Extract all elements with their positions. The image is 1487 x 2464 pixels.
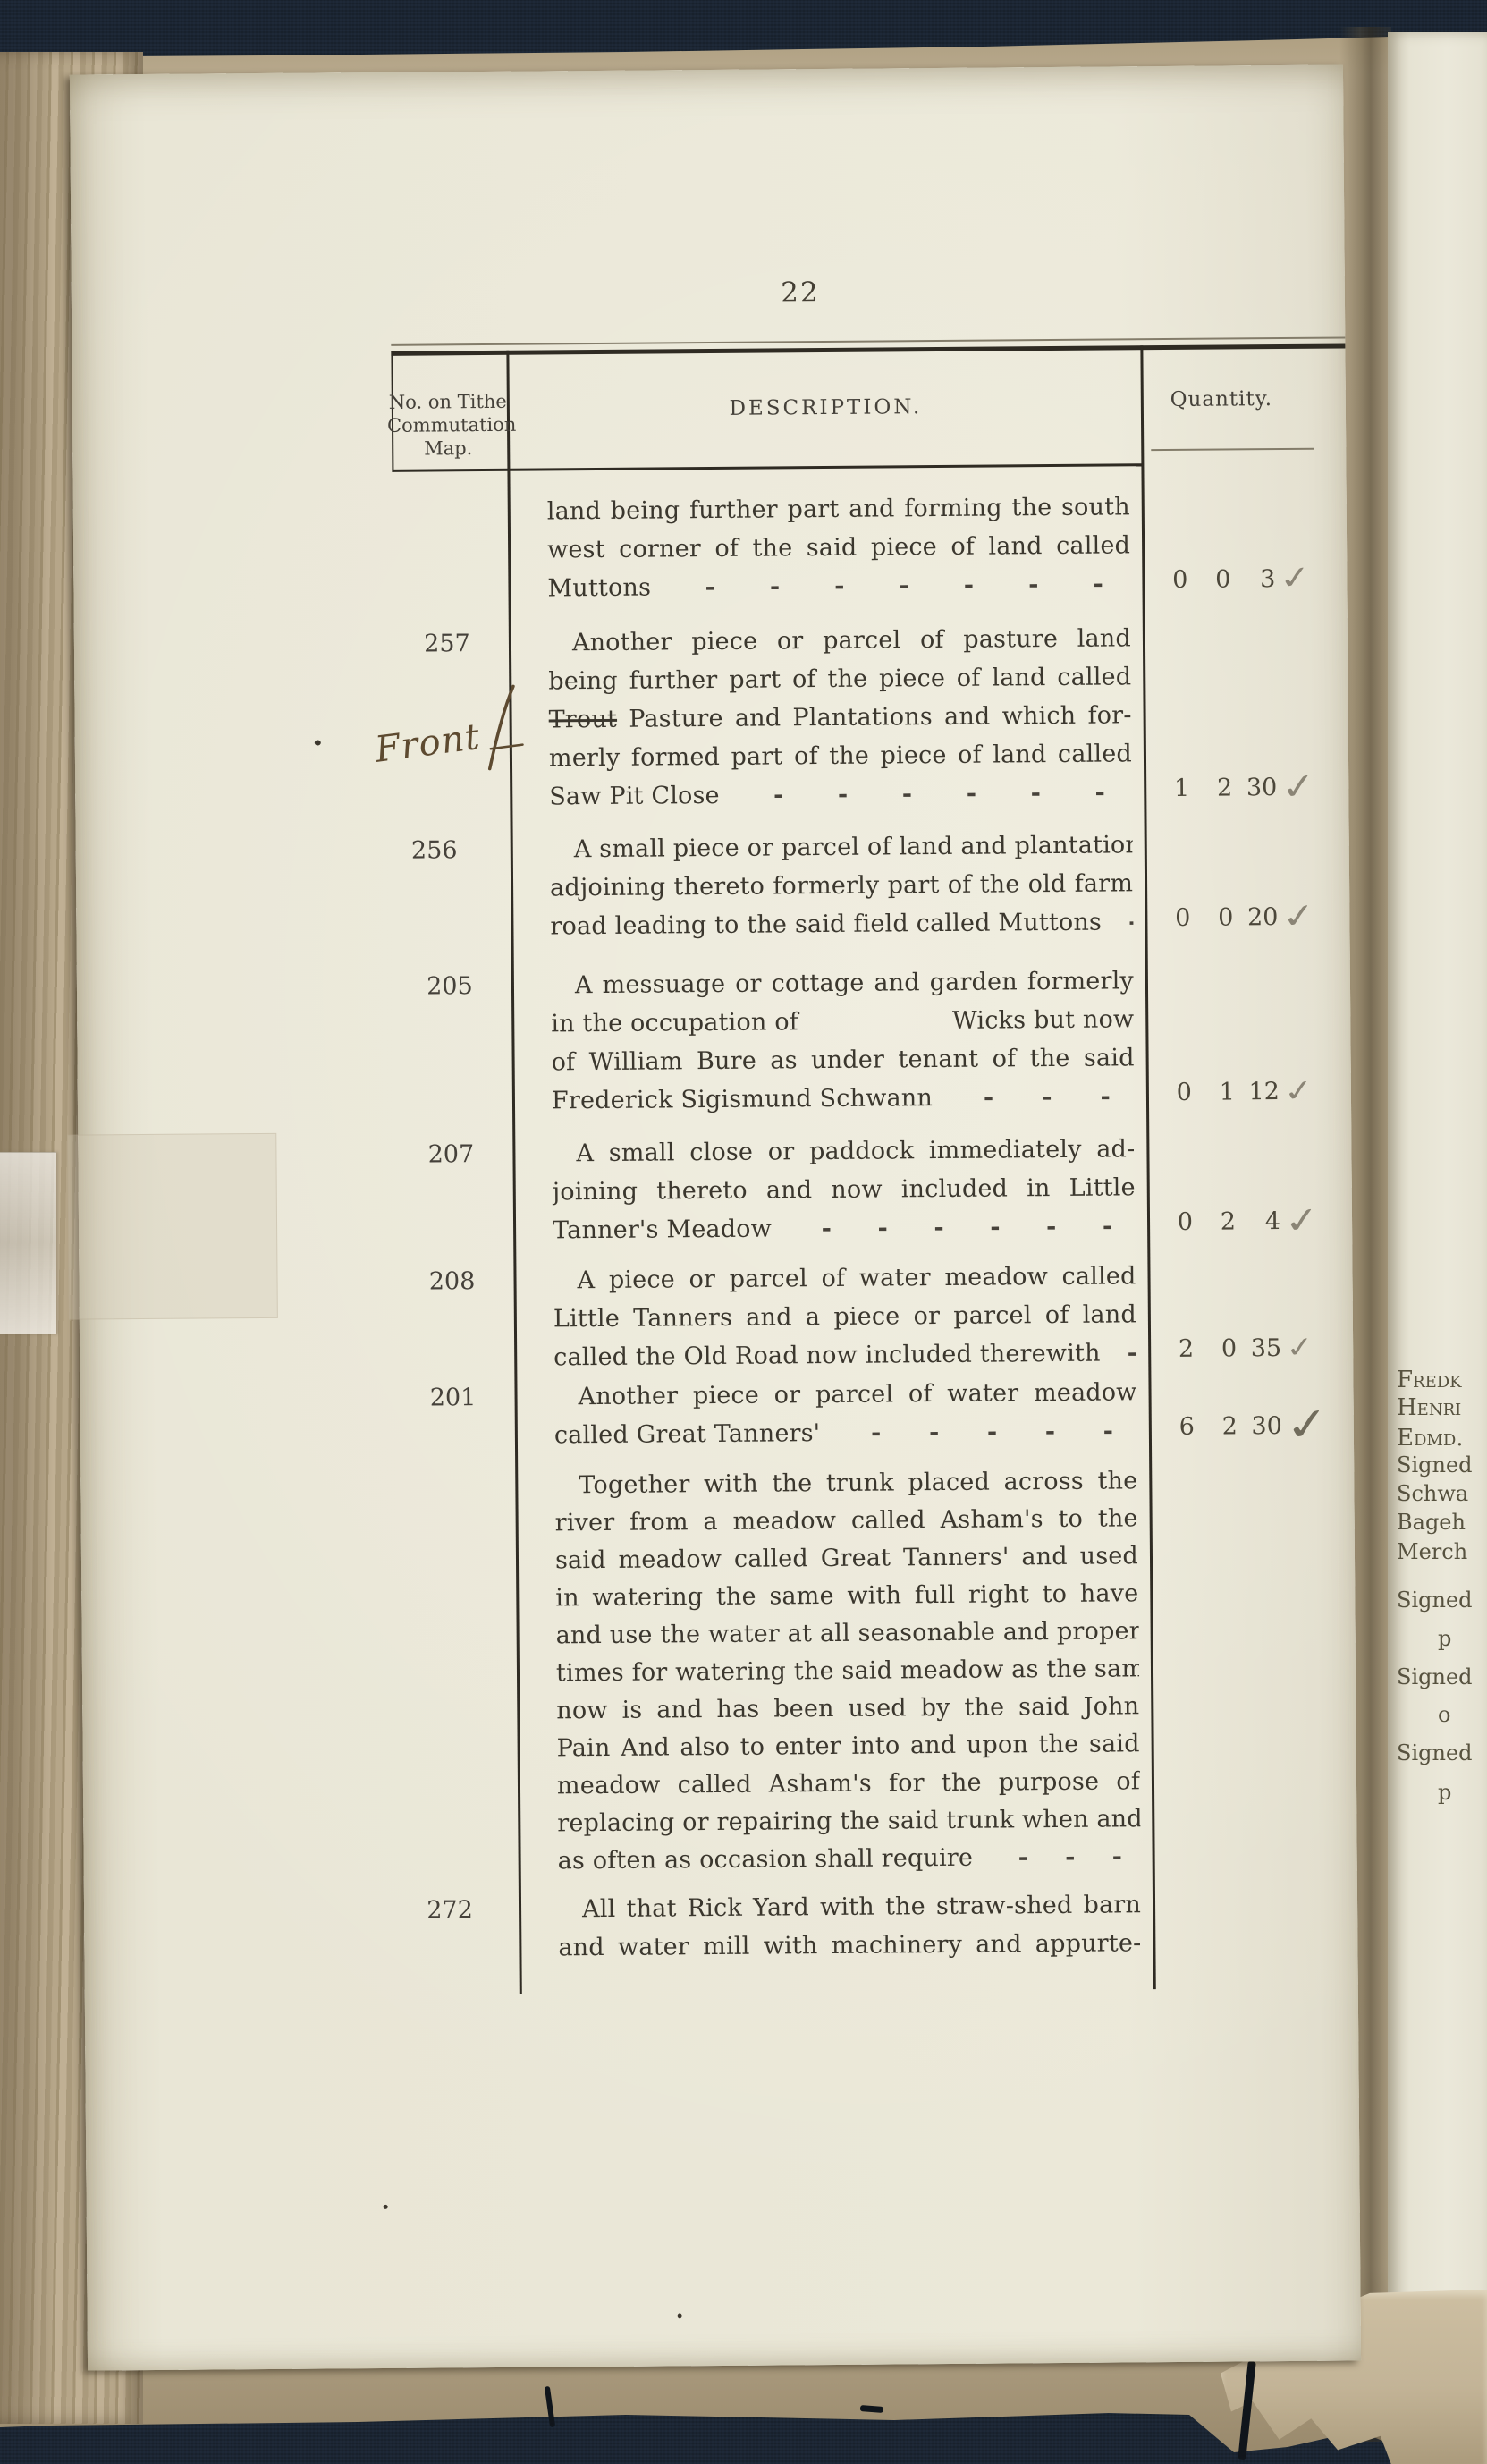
description-line: joining thereto and now included in Litt… [553,1168,1136,1211]
description-line: A piece or parcel of water meadow called [553,1257,1136,1300]
quantity-perches: 30 [1232,768,1277,807]
column-header-description: DESCRIPTION. [509,394,1143,422]
description-line: called the Old Road now included therewi… [553,1334,1136,1376]
table-row-description: A piece or parcel of water meadow called… [553,1257,1136,1376]
quantity-cell: 1 2 30 ✓ [1155,768,1334,809]
quantity-cell: 2 0 35 ✓ [1160,1329,1339,1369]
description-line: A small close or paddock immediately ad- [552,1130,1135,1173]
signature-fragment: Signed [1397,1452,1473,1478]
table-row-description: Together with the trunk placed across th… [554,1462,1141,1880]
entry-number: 272 [406,1891,494,1930]
signature-fragment: Merch [1397,1539,1467,1564]
description-line: road leading to the said field called Mu… [550,902,1133,945]
signature-fragment: p [1438,1780,1451,1805]
signature-fragment: Signed [1397,1664,1473,1689]
description-text: Tanner's Meadow [553,1210,772,1250]
signature-fragment: Fredk [1397,1367,1462,1393]
description-text: Saw Pit Close [549,776,720,816]
page-number: 22 [751,276,849,309]
quantity-acres: 0 [1158,1073,1192,1112]
quantity-acres: 0 [1153,561,1187,599]
table-header-underline [392,463,1143,472]
quantity-roods: 2 [1195,1407,1238,1445]
description-text: in the occupation of [551,1003,798,1043]
column-header-line: Map. [387,436,509,461]
table-divider-no-description [506,351,521,1994]
description-text: Muttons [547,569,651,608]
quantity-roods: 1 [1192,1072,1235,1111]
table-row-description: Another piece or parcel of water meadow … [553,1373,1137,1454]
entry-number: 257 [403,624,491,664]
entry-number: 205 [406,967,494,1006]
quantity-header-underline [1151,448,1314,451]
quantity-acres: 1 [1155,769,1189,808]
quantity-acres: 0 [1159,1203,1193,1241]
book-photo: { "page": { "number": "22" }, "table": {… [0,0,1487,2464]
ink-speck [315,740,321,745]
quantity-cell: 0 0 20 ✓ [1156,898,1335,938]
description-line: merly formed part of the piece of land c… [549,734,1132,777]
checkmark-icon: ✓ [1281,1199,1322,1242]
description-text: Pasture and Plantations and which for- [617,701,1132,733]
table-row-description: A messuage or cottage and garden formerl… [551,961,1135,1120]
quantity-acres: 0 [1156,899,1190,937]
signature-fragment: Edmd. [1397,1425,1464,1452]
quantity-perches: 4 [1236,1202,1280,1240]
description-line: Another piece or parcel of pasture land [548,619,1131,662]
description-line: being further part of the piece of land … [548,657,1131,700]
description-line: now is and has been used by the said Joh… [556,1688,1139,1730]
description-line: of William Bure as under tenant of the s… [551,1038,1134,1081]
quantity-perches: 30 [1238,1407,1282,1445]
description-text: Wicks but now [952,1000,1135,1040]
checkmark-icon: ✓ [1283,1326,1316,1368]
column-header-line: No. on Tithe [387,390,509,414]
description-line: called Great Tanners' ----- [554,1411,1137,1454]
description-text: called the Old Road now included therewi… [553,1334,1101,1377]
quantity-cell: 0 1 12 ✓ [1158,1072,1337,1113]
flourish-stroke-icon [470,682,531,773]
description-line: A messuage or cottage and garden formerl… [551,961,1134,1004]
dash-leaders: - [1100,1334,1136,1372]
quantity-cell: 6 2 30 ✓ [1161,1407,1339,1447]
margin-note-handwriting: Front [369,681,543,808]
description-line: A small piece or parcel of land and plan… [550,826,1133,868]
dash-leaders: --- [933,1077,1135,1117]
quantity-perches: 3 [1230,560,1275,598]
description-line: Little Tanners and a piece or parcel of … [553,1295,1136,1338]
quantity-cell: 0 2 4 ✓ [1159,1202,1338,1242]
dash-leaders: - [1102,902,1134,941]
checkmark-icon: ✓ [1281,1070,1316,1112]
ink-speck [384,2205,388,2209]
description-line: Tanner's Meadow ------ [553,1207,1136,1249]
checkmark-icon: ✓ [1278,766,1319,809]
dash-leaders: ------- [651,564,1131,606]
table-row-description: A small piece or parcel of land and plan… [550,826,1134,945]
entry-number: 201 [409,1378,496,1418]
checkmark-icon: ✓ [1280,895,1319,938]
dash-leaders: --- [973,1838,1141,1876]
description-line: and use the water at all seasonable and … [556,1613,1139,1655]
description-line: in the occupation of Wicks but now [551,1000,1134,1043]
signature-fragment: Signed [1397,1588,1473,1613]
description-line: replacing or repairing the said trunk wh… [557,1800,1140,1842]
checkmark-icon: ✓ [1282,1403,1332,1448]
quantity-perches: 20 [1233,898,1278,936]
description-line: river from a meadow called Asham's to th… [555,1500,1138,1542]
quantity-roods: 0 [1190,898,1233,936]
description-line: Another piece or parcel of water meadow [553,1373,1136,1416]
signature-fragment: o [1438,1702,1450,1727]
tape-residue-stain [67,1133,278,1320]
description-line: Saw Pit Close ------ [549,773,1132,816]
description-line: Muttons ------- [547,564,1130,607]
dash-leaders: ------ [720,773,1133,815]
signature-fragment: Henri [1397,1394,1461,1421]
quantity-perches: 35 [1237,1329,1281,1367]
quantity-acres: 2 [1160,1330,1194,1368]
description-line: land being further part and forming the … [547,487,1130,530]
table-border-top [391,343,1345,355]
description-line: and water mill with machinery and appurt… [558,1924,1141,1967]
description-line: All that Rick Yard with the straw-shed b… [558,1885,1141,1928]
signature-fragment: p [1438,1626,1451,1651]
entry-number: 256 [391,831,478,870]
entry-number: 207 [407,1135,494,1174]
description-line: times for watering the said meadow as th… [556,1650,1139,1692]
facing-page [1388,32,1487,2358]
description-line: Together with the trunk placed across th… [554,1462,1137,1504]
column-header-line: Commutation [387,413,509,437]
margin-note-text: Front [373,716,483,771]
entry-number: 208 [408,1262,495,1301]
description-line: adjoining thereto formerly part of the o… [550,864,1133,907]
table-row-description: Another piece or parcel of pasture land … [548,619,1133,816]
column-header-map-no: No. on Tithe Commutation Map. [387,390,510,461]
description-line: Trout Pasture and Plantations and which … [548,696,1131,739]
quantity-acres: 6 [1161,1408,1195,1446]
quantity-roods: 0 [1194,1329,1237,1367]
description-line: Frederick Sigismund Schwann --- [552,1077,1135,1120]
struck-word: Trout [549,706,618,734]
ink-speck [678,2313,682,2318]
dash-leaders: ------ [772,1207,1136,1248]
signature-fragment: Schwa [1397,1481,1468,1506]
description-text: as often as occasion shall require [557,1840,973,1881]
quantity-perches: 12 [1235,1072,1280,1111]
signature-fragment: Bageh [1397,1510,1466,1535]
description-text: Frederick Sigismund Schwann [552,1079,933,1120]
table-row-description: land being further part and forming the … [547,487,1131,607]
description-line: as often as occasion shall require --- [557,1838,1140,1880]
checkmark-icon: ✓ [1277,557,1314,600]
quantity-roods: 2 [1193,1202,1236,1240]
description-text: called Great Tanners' [554,1414,821,1454]
tape-strip [0,1152,56,1334]
description-line: west corner of the said piece of land ca… [547,526,1130,569]
table-row-description: All that Rick Yard with the straw-shed b… [558,1885,1142,1967]
description-line: meadow called Asham's for the purpose of [557,1763,1140,1805]
signature-fragment: Signed [1397,1740,1473,1765]
quantity-roods: 2 [1189,768,1232,807]
scanned-page: 22 No. on Tithe Commutation Map. DESCRIP… [70,64,1361,2370]
table-row-description: A small close or paddock immediately ad-… [552,1130,1136,1249]
description-line: said meadow called Great Tanners' and us… [555,1537,1138,1579]
quantity-roods: 0 [1187,560,1230,598]
description-line: in watering the same with full right to … [555,1575,1138,1617]
dash-leaders: ----- [820,1411,1137,1452]
description-text: road leading to the said field called Mu… [550,903,1102,946]
column-header-quantity: Quantity. [1145,387,1297,411]
quantity-cell: 0 0 3 ✓ [1153,560,1332,600]
description-line: Pain And also to enter into and upon the… [556,1725,1139,1767]
